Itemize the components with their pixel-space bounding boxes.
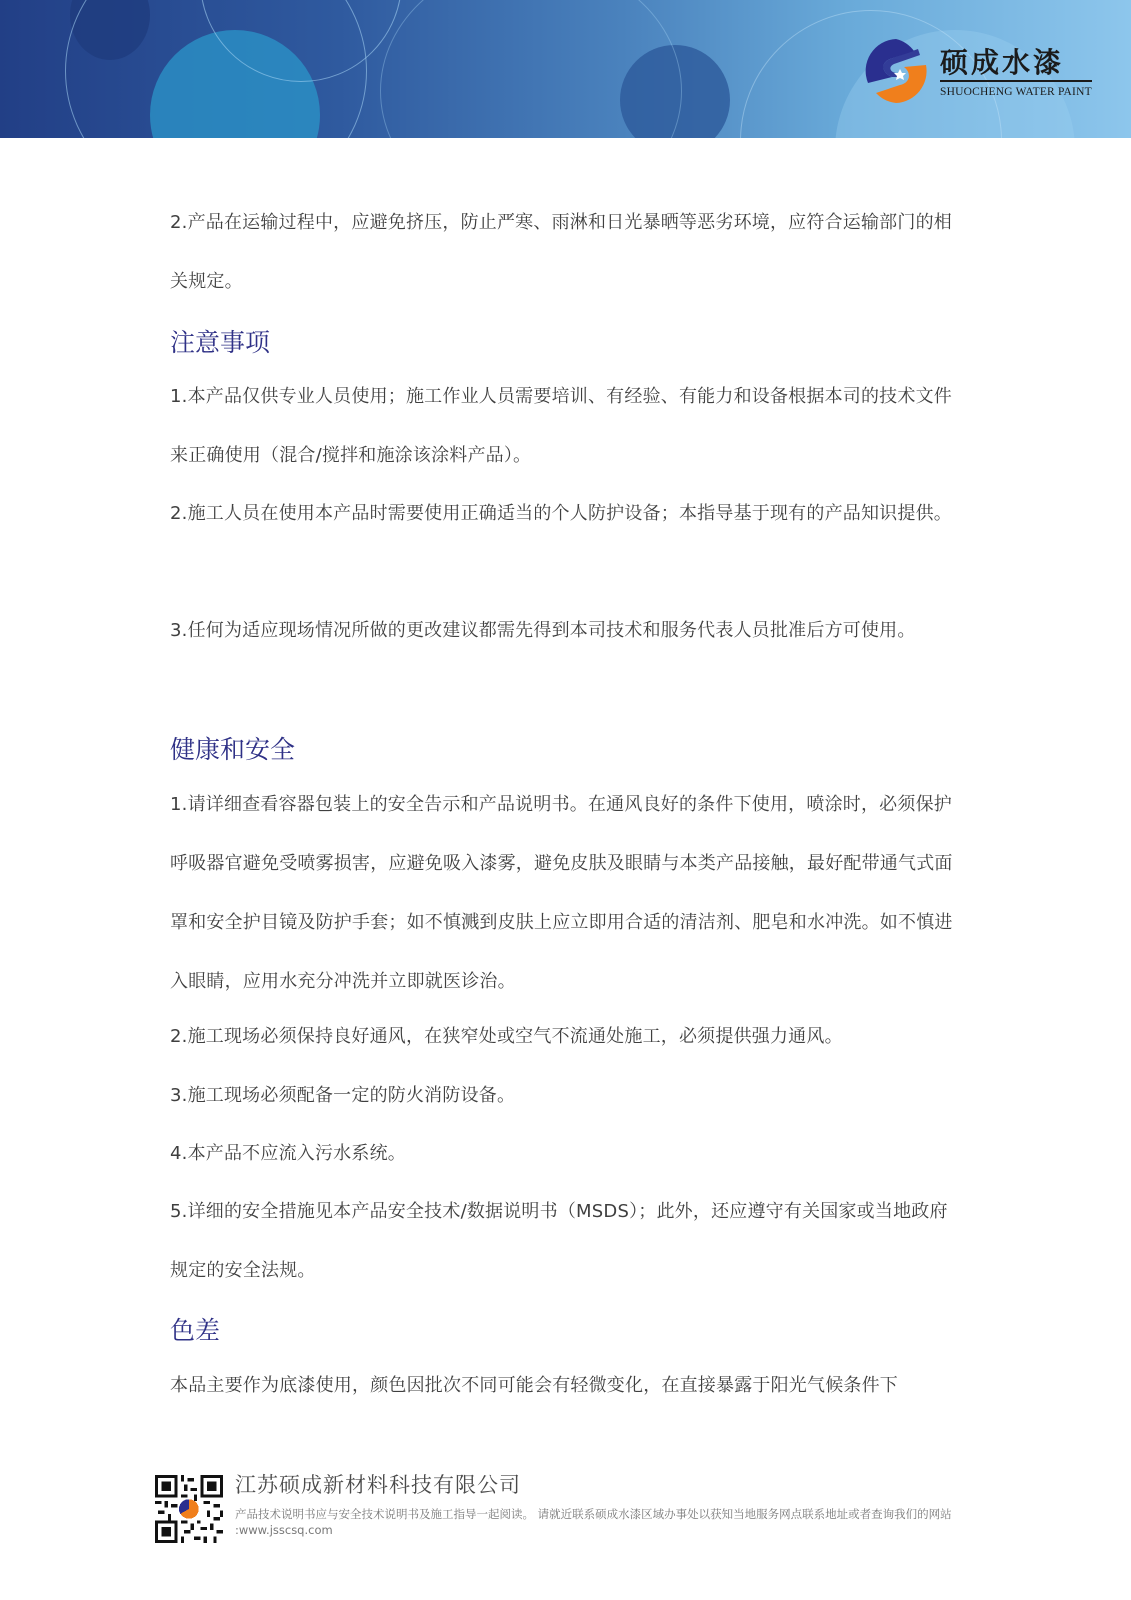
section-title-health-safety: 健康和安全 <box>170 733 295 767</box>
qr-code-icon[interactable] <box>155 1475 223 1543</box>
footer-note: 产品技术说明书应与安全技术说明书及施工指导一起阅读。 请就近联系硕成水漆区域办事… <box>235 1506 955 1538</box>
header-banner: 硕成水漆 SHUOCHENG WATER PAINT <box>0 0 1131 138</box>
transport-item-2: 2.产品在运输过程中，应避免挤压，防止严寒、雨淋和日光暴晒等恶劣环境，应符合运输… <box>170 193 960 311</box>
safety-item: 3.施工现场必须配备一定的防火消防设备。 <box>170 1066 960 1125</box>
section-title-color-difference: 色差 <box>170 1314 220 1348</box>
section-title-precautions: 注意事项 <box>170 326 270 360</box>
safety-item: 1.请详细查看容器包装上的安全告示和产品说明书。在通风良好的条件下使用，喷涂时，… <box>170 775 960 1011</box>
banner-decoration <box>380 0 682 138</box>
precaution-item: 2.施工人员在使用本产品时需要使用正确适当的个人防护设备；本指导基于现有的产品知… <box>170 484 960 543</box>
logo-divider <box>940 80 1092 82</box>
logo-name-cn: 硕成水漆 <box>940 41 1064 81</box>
safety-item: 5.详细的安全措施见本产品安全技术/数据说明书（MSDS）；此外，还应遵守有关国… <box>170 1182 960 1300</box>
precaution-item: 1.本产品仅供专业人员使用；施工作业人员需要培训、有经验、有能力和设备根据本司的… <box>170 367 960 485</box>
page-footer: 江苏硕成新材料科技有限公司 产品技术说明书应与安全技术说明书及施工指导一起阅读。… <box>155 1475 965 1545</box>
logo-name-en: SHUOCHENG WATER PAINT <box>940 86 1092 98</box>
color-difference-text: 本品主要作为底漆使用，颜色因批次不同可能会有轻微变化，在直接暴露于阳光气候条件下 <box>170 1356 960 1415</box>
safety-item: 4.本产品不应流入污水系统。 <box>170 1124 960 1183</box>
precaution-item: 3.任何为适应现场情况所做的更改建议都需先得到本司技术和服务代表人员批准后方可使… <box>170 601 960 660</box>
company-logo: 硕成水漆 SHUOCHENG WATER PAINT <box>862 37 1102 109</box>
company-name: 江苏硕成新材料科技有限公司 <box>235 1469 521 1499</box>
safety-item: 2.施工现场必须保持良好通风，在狭窄处或空气不流通处施工，必须提供强力通风。 <box>170 1007 960 1066</box>
logo-s-icon <box>862 37 930 105</box>
